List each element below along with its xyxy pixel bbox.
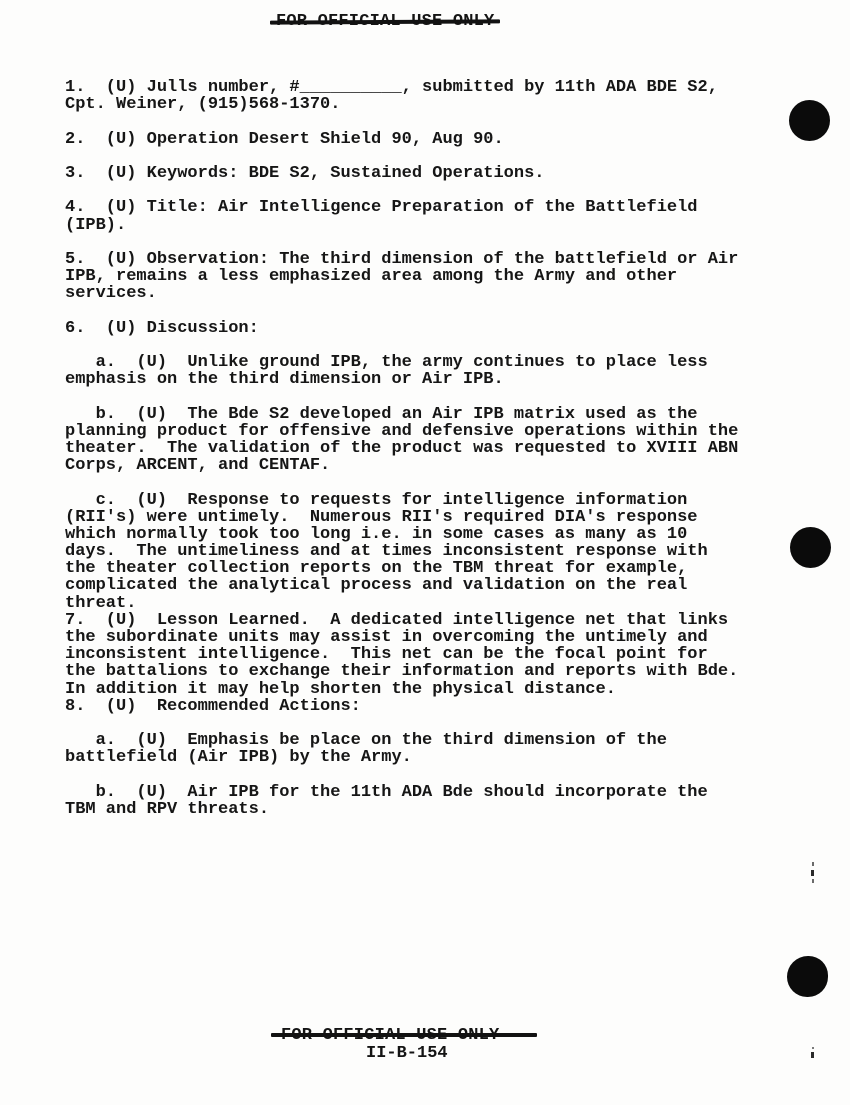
- body-line: [65, 182, 738, 199]
- body-line: (RII's) were untimely. Numerous RII's re…: [65, 509, 738, 526]
- body-line: planning product for offensive and defen…: [65, 423, 738, 440]
- body-line: emphasis on the third dimension or Air I…: [65, 371, 738, 388]
- body-line: b. (U) Air IPB for the 11th ADA Bde shou…: [65, 784, 738, 801]
- body-line: 1. (U) Julls number, #__________, submit…: [65, 79, 738, 96]
- body-line: [65, 337, 738, 354]
- body-line: 8. (U) Recommended Actions:: [65, 698, 738, 715]
- body-line: which normally took too long i.e. in som…: [65, 526, 738, 543]
- hole-punch-dot-bottom: [787, 956, 828, 997]
- scan-artifact: [812, 879, 814, 883]
- body-line: [65, 113, 738, 130]
- body-line: the theater collection reports on the TB…: [65, 560, 738, 577]
- body-line: b. (U) The Bde S2 developed an Air IPB m…: [65, 406, 738, 423]
- body-line: days. The untimeliness and at times inco…: [65, 543, 738, 560]
- body-line: In addition it may help shorten the phys…: [65, 681, 738, 698]
- body-line: a. (U) Emphasis be place on the third di…: [65, 732, 738, 749]
- body-line: [65, 715, 738, 732]
- body-line: the battalions to exchange their informa…: [65, 663, 738, 680]
- hole-punch-dot-top: [789, 100, 830, 141]
- body-line: 3. (U) Keywords: BDE S2, Sustained Opera…: [65, 165, 738, 182]
- body-line: [65, 148, 738, 165]
- document-page: FOR OFFICIAL USE ONLY 1. (U) Julls numbe…: [0, 0, 850, 1105]
- body-line: (IPB).: [65, 217, 738, 234]
- body-line: a. (U) Unlike ground IPB, the army conti…: [65, 354, 738, 371]
- body-line: 2. (U) Operation Desert Shield 90, Aug 9…: [65, 131, 738, 148]
- scan-artifact: [811, 1052, 814, 1058]
- body-line: 5. (U) Observation: The third dimension …: [65, 251, 738, 268]
- body-line: [65, 388, 738, 405]
- body-line: inconsistent intelligence. This net can …: [65, 646, 738, 663]
- body-line: [65, 767, 738, 784]
- body-line: [65, 234, 738, 251]
- body-line: battlefield (Air IPB) by the Army.: [65, 749, 738, 766]
- body-line: 7. (U) Lesson Learned. A dedicated intel…: [65, 612, 738, 629]
- scan-artifact: [811, 870, 814, 876]
- body-line: 6. (U) Discussion:: [65, 320, 738, 337]
- body-line: Cpt. Weiner, (915)568-1370.: [65, 96, 738, 113]
- scan-artifact: [812, 862, 814, 866]
- body-line: c. (U) Response to requests for intellig…: [65, 492, 738, 509]
- body-line: services.: [65, 285, 738, 302]
- body-line: [65, 302, 738, 319]
- body-line: 4. (U) Title: Air Intelligence Preparati…: [65, 199, 738, 216]
- body-line: [65, 474, 738, 491]
- body-line: Corps, ARCENT, and CENTAF.: [65, 457, 738, 474]
- strikethrough-line-bottom: [271, 1033, 537, 1037]
- body-line: theater. The validation of the product w…: [65, 440, 738, 457]
- body-line: threat.: [65, 595, 738, 612]
- body-line: the subordinate units may assist in over…: [65, 629, 738, 646]
- scan-artifact: [812, 1047, 814, 1049]
- page-number: II-B-154: [366, 1044, 448, 1063]
- hole-punch-dot-middle: [790, 527, 831, 568]
- body-line: IPB, remains a less emphasized area amon…: [65, 268, 738, 285]
- body-line: complicated the analytical process and v…: [65, 577, 738, 594]
- body-line: TBM and RPV threats.: [65, 801, 738, 818]
- document-body: 1. (U) Julls number, #__________, submit…: [65, 79, 738, 818]
